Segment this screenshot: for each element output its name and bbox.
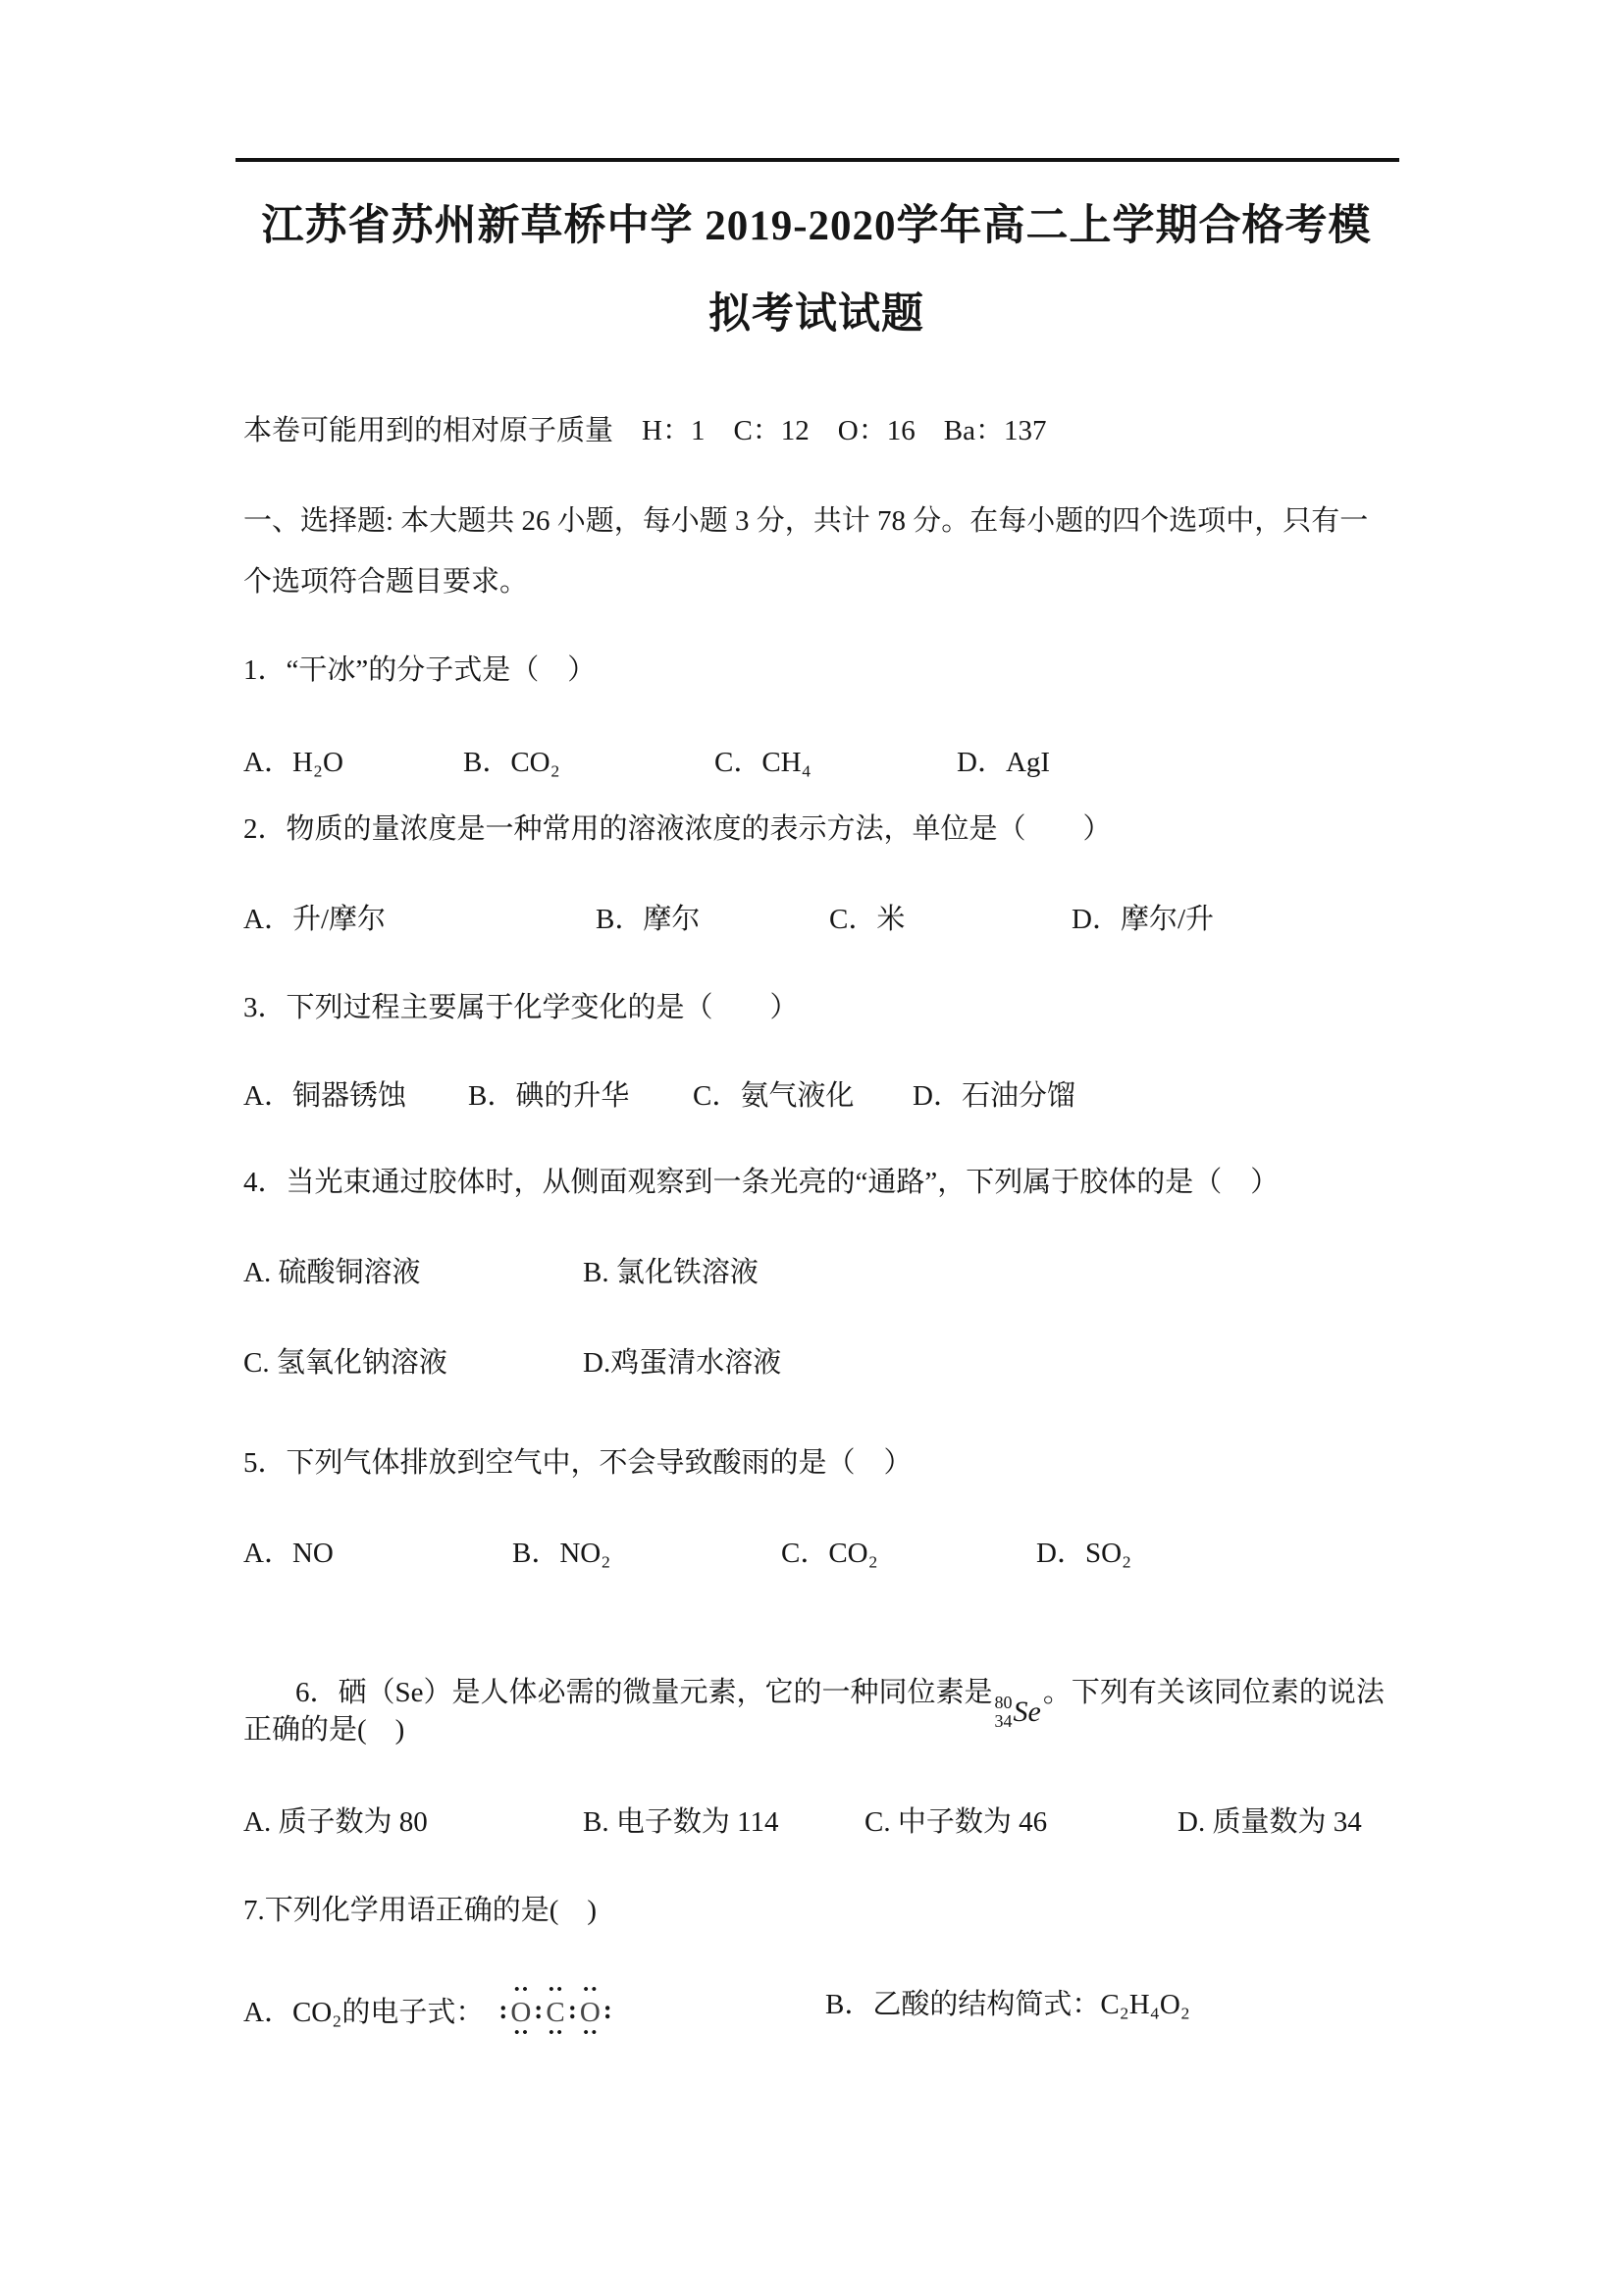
lewis-dots-top: •• [511,1984,531,1998]
section-intro-line-1: 一、选择题: 本大题共 26 小题，每小题 3 分，共计 78 分。在每小题的四… [243,500,1450,542]
question-2-option-c: C．米 [829,899,905,940]
question-1-option-c: C．CH₄ [714,742,811,783]
question-1-option-a: A．H₂O [243,742,343,783]
lewis-dots-bottom: •• [581,2027,601,2041]
question-6-option-c: C. 中子数为 46 [864,1801,1047,1843]
section-intro-line-2: 个选项符合题目要求。 [243,561,1450,602]
lewis-structure-co2: : •• O •• : •• C •• : •• O •• : [496,1984,614,2040]
lewis-dots-bottom: •• [546,2027,565,2041]
question-4-options-row-2: C. 氢氧化钠溶液 D.鸡蛋清水溶液 [243,1342,1499,1391]
question-1-stem: 1．“干冰”的分子式是（ ） [243,650,1450,691]
lewis-lone-pair-colon: : [496,1989,510,2030]
question-5-option-c: C．CO₂ [781,1533,878,1574]
question-3-option-d: D．石油分馏 [913,1075,1075,1117]
question-1-options: A．H₂O B．CO₂ C．CH₄ D．AgI [243,742,1499,791]
question-3-options: A．铜器锈蚀 B．碘的升华 C．氨气液化 D．石油分馏 [243,1075,1499,1124]
question-6-option-d: D. 质量数为 34 [1178,1801,1362,1843]
question-1-option-b: B．CO₂ [463,742,560,783]
exam-title-line-2: 拟考试试题 [223,288,1410,341]
question-4-option-c: C. 氢氧化钠溶液 [243,1342,447,1383]
exam-paper-page: 江苏省苏州新草桥中学 2019-2020学年高二上学期合格考模 拟考试试题 本卷… [0,0,1623,2296]
question-3-option-b: B．碘的升华 [468,1075,629,1117]
question-1-option-d: D．AgI [957,742,1050,783]
lewis-atom-o-left: •• O •• [510,1984,531,2040]
question-6-option-a: A. 质子数为 80 [243,1801,428,1843]
question-4-option-d: D.鸡蛋清水溶液 [583,1342,781,1383]
question-6-stem-after-isotope: 。下列有关该同位素的说法 [1043,1677,1385,1708]
header-rule [236,158,1399,162]
question-4-option-b: B. 氯化铁溶液 [583,1252,759,1293]
question-5-options: A．NO B．NO₂ C．CO₂ D．SO₂ [243,1533,1499,1582]
atomic-mass-note: 本卷可能用到的相对原子质量 H：1 C：12 O：16 Ba：137 [243,410,1450,451]
question-3-option-a: A．铜器锈蚀 [243,1075,406,1117]
question-7-option-a-label: A．CO₂的电子式： [243,1992,484,2033]
question-7-option-a: A．CO₂的电子式： : •• O •• : •• C •• : •• O [243,1984,615,2040]
question-6-options: A. 质子数为 80 B. 电子数为 114 C. 中子数为 46 D. 质量数… [243,1801,1499,1851]
question-5-option-d: D．SO₂ [1036,1533,1131,1574]
question-2-options: A．升/摩尔 B．摩尔 C．米 D．摩尔/升 [243,899,1499,948]
question-4-options-row-1: A. 硫酸铜溶液 B. 氯化铁溶液 [243,1252,1499,1301]
question-2-option-a: A．升/摩尔 [243,899,386,940]
lewis-dots-bottom: •• [511,2027,531,2041]
question-6-stem-line-1: 6．硒（Se）是人体必需的微量元素，它的一种同位素是8034Se。下列有关该同位… [267,1631,1474,1772]
question-3-option-c: C．氨气液化 [693,1075,854,1117]
question-4-stem: 4．当光束通过胶体时，从侧面观察到一条光亮的“通路”，下列属于胶体的是（ ） [243,1162,1450,1203]
lewis-dots-top: •• [546,1984,565,1998]
lewis-lone-pair-colon: : [601,1989,615,2030]
question-7-option-b: B．乙酸的结构简式：C₂H₄O₂ [825,1984,1190,2025]
question-2-option-d: D．摩尔/升 [1072,899,1214,940]
question-6-stem-line-2: 正确的是( ) [243,1709,1450,1750]
question-5-option-a: A．NO [243,1533,334,1574]
question-2-option-b: B．摩尔 [596,899,700,940]
lewis-dots-top: •• [581,1984,601,1998]
lewis-bond-colon: : [531,1989,546,2030]
question-6-option-b: B. 电子数为 114 [583,1801,779,1843]
question-6-stem-before-isotope: 6．硒（Se）是人体必需的微量元素，它的一种同位素是 [295,1677,993,1708]
lewis-atom-o-right: •• O •• [580,1984,601,2040]
question-2-stem: 2．物质的量浓度是一种常用的溶液浓度的表示方法，单位是（ ） [243,809,1450,850]
exam-title-line-1: 江苏省苏州新草桥中学 2019-2020学年高二上学期合格考模 [223,200,1410,253]
lewis-atom-c: •• C •• [546,1984,565,2040]
question-7-stem: 7.下列化学用语正确的是( ) [243,1890,1450,1931]
question-4-option-a: A. 硫酸铜溶液 [243,1252,420,1293]
question-3-stem: 3．下列过程主要属于化学变化的是（ ） [243,987,1450,1028]
question-5-option-b: B．NO₂ [512,1533,610,1574]
question-5-stem: 5．下列气体排放到空气中，不会导致酸雨的是（ ） [243,1442,1450,1484]
question-7-options: A．CO₂的电子式： : •• O •• : •• C •• : •• O [243,1984,1499,2062]
lewis-bond-colon: : [565,1989,580,2030]
